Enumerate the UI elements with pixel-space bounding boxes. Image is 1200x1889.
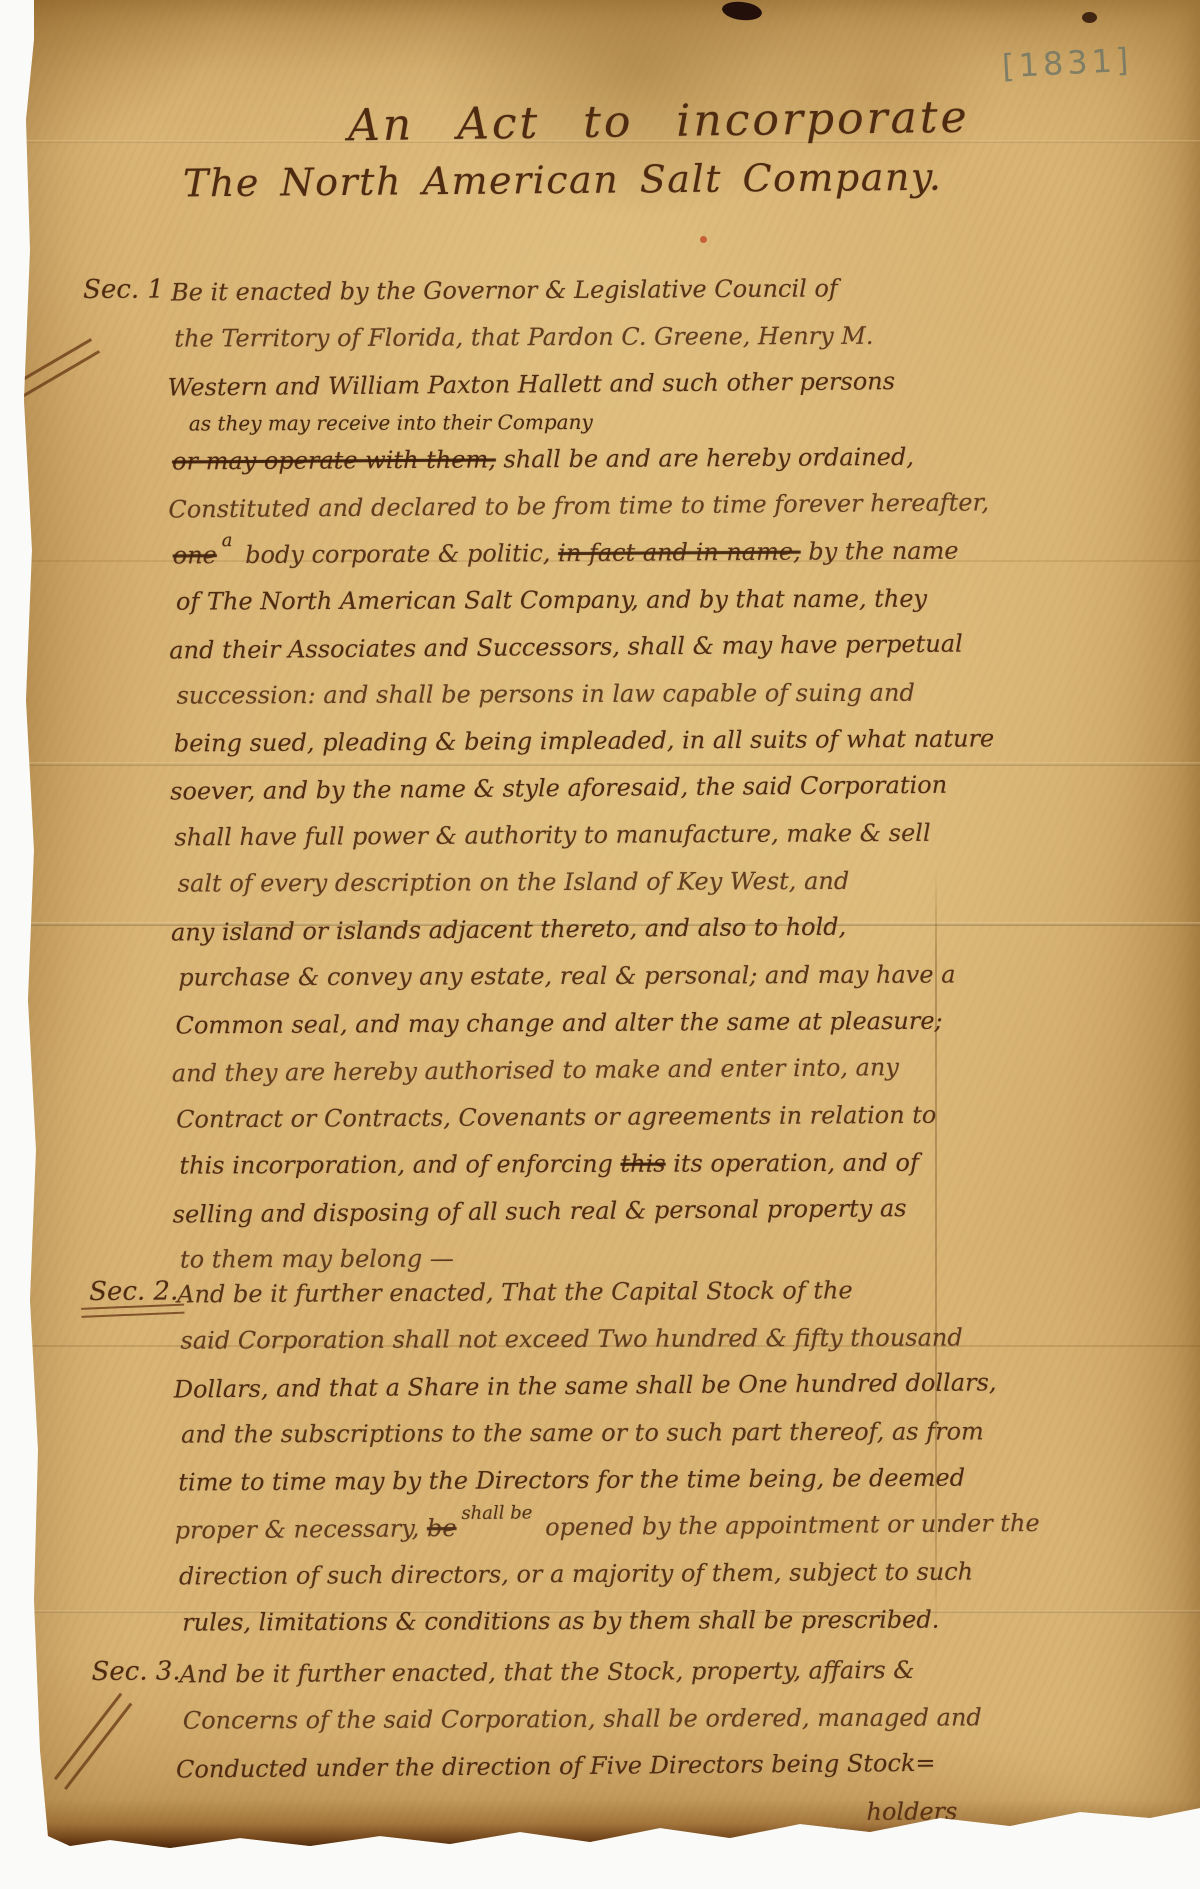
struck-text: be [427, 1514, 457, 1542]
ink-blot-top-right [1082, 12, 1097, 23]
scan-background: { "page": { "colors": { "paper": "#d8b47… [0, 0, 1200, 1889]
text-segment: Common seal, and may change and alter th… [175, 1007, 942, 1040]
text-segment: Dollars, and that a Share in the same sh… [174, 1368, 997, 1403]
text-segment: as they may receive into their Company [189, 410, 593, 436]
text-segment: Contract or Contracts, Covenants or agre… [176, 1101, 936, 1134]
manuscript-line: Be it enacted by the Governor & Legislat… [171, 268, 971, 320]
text-segment: Conducted under the direction of Five Di… [176, 1749, 936, 1784]
text-segment: being sued, pleading & being impleaded, … [174, 724, 995, 757]
manuscript-line: soever, and by the name & style aforesai… [170, 765, 970, 819]
manuscript-line: Dollars, and that a Share in the same sh… [174, 1363, 974, 1417]
interlined-insertion: a [222, 530, 233, 551]
text-segment: shall be and are hereby ordained, [496, 443, 914, 474]
text-segment: proper & necessary, [175, 1514, 428, 1544]
manuscript-line: shall have full power & authority to man… [174, 813, 974, 865]
manuscript-line: any island or islands adjacent thereto, … [171, 906, 971, 960]
manuscript-line: Conducted under the direction of Five Di… [176, 1743, 976, 1797]
text-segment: direction of such directors, or a majori… [179, 1558, 973, 1591]
manuscript-line: Concerns of the said Corporation, shall … [183, 1697, 983, 1747]
manuscript-line: Constituted and declared to be from time… [168, 483, 968, 537]
text-segment: opened by the appointment or under the [537, 1509, 1039, 1541]
text-segment: of The North American Salt Company, and … [176, 585, 927, 616]
text-segment: Western and William Paxton Hallett and s… [168, 367, 896, 401]
paper: [1831] An Act to incorporate The North A… [0, 0, 1200, 1860]
manuscript-line: onea body corporate & politic, in fact a… [173, 531, 973, 583]
text-segment: selling and disposing of all such real &… [173, 1194, 907, 1228]
struck-text: this [620, 1150, 665, 1178]
struck-text: one [173, 541, 217, 569]
text-segment: and they are hereby authorised to make a… [172, 1053, 899, 1087]
manuscript-line: Common seal, and may change and alter th… [175, 1001, 975, 1053]
manuscript-line: and the subscriptions to the same or to … [181, 1411, 981, 1461]
text-segment: and the subscriptions to the same or to … [181, 1417, 984, 1448]
manuscript-line: selling and disposing of all such real &… [173, 1188, 973, 1242]
text-segment: Constituted and declared to be from time… [168, 488, 989, 523]
manuscript-line: as they may receive into their Company [175, 409, 975, 440]
manuscript-line: the Territory of Florida, that Pardon C.… [174, 315, 974, 365]
struck-text: or may operate with them, [172, 445, 496, 475]
text-segment: soever, and by the name & style aforesai… [170, 771, 947, 806]
section-label-sec-2: Sec. 2. [89, 1276, 178, 1307]
text-segment: any island or islands adjacent thereto, … [171, 913, 846, 947]
manuscript-line: and their Associates and Successors, sha… [169, 624, 969, 678]
ink-blot-bottom [818, 1828, 850, 1841]
section-sec-2: Sec. 2.And be it further enacted, That t… [177, 1270, 979, 1651]
section-label-sec-3: Sec. 3. [91, 1656, 180, 1687]
text-segment: purchase & convey any estate, real & per… [178, 960, 955, 991]
text-segment: by the name [801, 537, 959, 566]
manuscript-line: And be it further enacted, that the Stoc… [179, 1650, 979, 1702]
struck-text: in fact and in name, [558, 538, 801, 567]
manuscript-line: Contract or Contracts, Covenants or agre… [176, 1095, 976, 1147]
interlined-insertion: shall be [461, 1502, 532, 1524]
manuscript-body: Sec. 1Be it enacted by the Governor & Le… [169, 0, 980, 1862]
text-segment: And be it further enacted, that the Stoc… [179, 1656, 914, 1688]
text-segment: the Territory of Florida, that Pardon C.… [174, 322, 873, 353]
manuscript-line: this incorporation, and of enforcing thi… [179, 1142, 979, 1192]
manuscript-line: or may operate with them, shall be and a… [172, 437, 972, 489]
text-segment: and their Associates and Successors, sha… [169, 630, 963, 665]
text-segment: holders [866, 1797, 957, 1825]
manuscript-line: Western and William Paxton Hallett and s… [167, 361, 967, 415]
text-segment: Be it enacted by the Governor & Legislat… [171, 274, 838, 306]
manuscript-line: being sued, pleading & being impleaded, … [174, 719, 974, 771]
text-segment: rules, limitations & conditions as by th… [182, 1606, 939, 1637]
text-segment: succession: and shall be persons in law … [177, 679, 915, 710]
manuscript-line: purchase & convey any estate, real & per… [178, 954, 978, 1004]
manuscript-line: succession: and shall be persons in law … [176, 672, 976, 722]
manuscript-line: time to time may by the Directors for th… [178, 1458, 978, 1510]
manuscript-line: said Corporation shall not exceed Two hu… [180, 1317, 980, 1367]
manuscript-line: holders [183, 1791, 983, 1841]
text-segment: its operation, and of [666, 1149, 919, 1178]
section-label-sec-1: Sec. 1 [83, 274, 164, 304]
text-segment: salt of every description on the Island … [178, 867, 850, 898]
text-segment: And be it further enacted, That the Capi… [177, 1276, 853, 1308]
text-segment: shall have full power & authority to man… [174, 819, 930, 852]
manuscript-line: of The North American Salt Company, and … [176, 578, 976, 628]
text-segment: Concerns of the said Corporation, shall … [183, 1703, 982, 1734]
text-segment: to them may belong — [180, 1244, 454, 1273]
manuscript-line: rules, limitations & conditions as by th… [182, 1599, 982, 1649]
text-segment: said Corporation shall not exceed Two hu… [180, 1323, 962, 1354]
section-sec-3: Sec. 3.And be it further enacted, that t… [179, 1650, 980, 1843]
manuscript-line: direction of such directors, or a majori… [179, 1552, 979, 1604]
section-sec-1: Sec. 1Be it enacted by the Governor & Le… [171, 268, 977, 1288]
manuscript-line: and they are hereby authorised to make a… [172, 1047, 972, 1101]
text-segment: body corporate & politic, [237, 539, 558, 569]
manuscript-line: And be it further enacted, That the Capi… [177, 1270, 977, 1322]
manuscript-line: salt of every description on the Island … [178, 860, 978, 910]
manuscript-line: proper & necessary, beshall be opened by… [174, 1504, 974, 1558]
text-segment: time to time may by the Directors for th… [178, 1464, 965, 1497]
text-segment: this incorporation, and of enforcing [179, 1150, 620, 1180]
year-annotation: [1831] [1001, 41, 1133, 86]
